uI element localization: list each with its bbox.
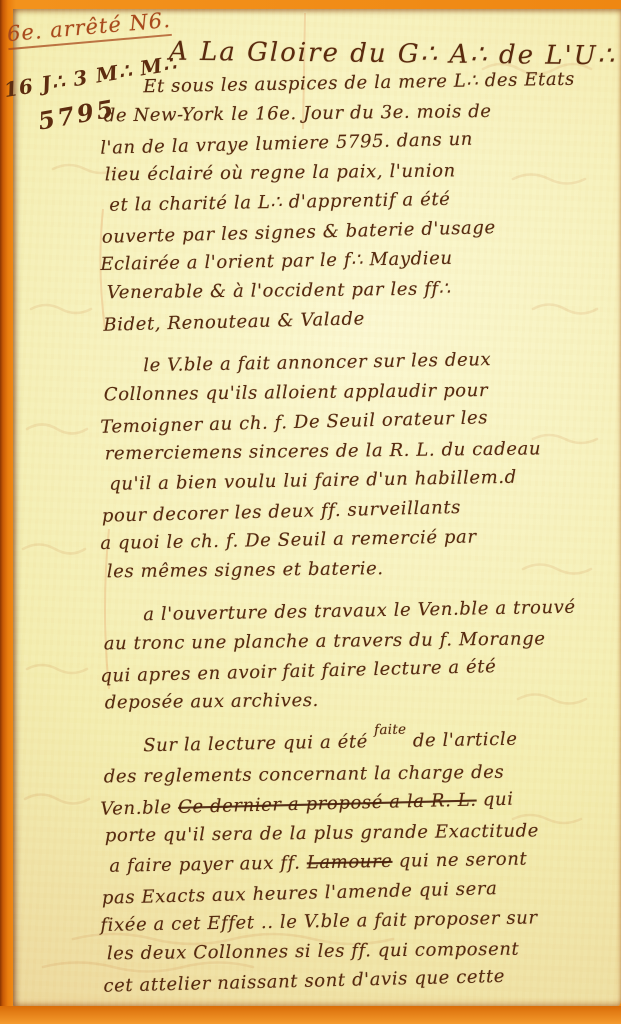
manuscript-line-with-insertion: Sur la lecture qui a été faite de l'arti… [143, 722, 613, 762]
manuscript-line: porte qu'il sera de la plus grande Exact… [105, 815, 615, 850]
line-segment: de l'article [406, 728, 517, 751]
paragraph-reglement: Sur la lecture qui a été faite de l'arti… [97, 722, 618, 998]
manuscript-line: lieu éclairé où regne la paix, l'union [105, 154, 615, 189]
line-segment: Ven.ble [100, 796, 178, 819]
line-segment: Sur la lecture qui a été [143, 731, 374, 756]
line-segment: qui [476, 788, 514, 810]
crossed-out-text: Ce dernier a proposé a la R. L. [178, 789, 477, 817]
manuscript-page: 6e. arrêté N6. 16 J∴ 3 M∴ M∴ 5795 A La G… [13, 9, 621, 1007]
photograph-background: 6e. arrêté N6. 16 J∴ 3 M∴ M∴ 5795 A La G… [0, 0, 621, 1024]
manuscript-line: remerciemens sinceres de la R. L. du cad… [105, 433, 615, 468]
line-segment: a faire payer aux ff. [109, 852, 307, 876]
line-segment: qui ne seront [392, 848, 527, 871]
inserted-word-above-line: faite [374, 715, 407, 745]
manuscript-text: A La Gloire du G∴ A∴ de L'U∴ Et sous les… [13, 9, 621, 1007]
paragraph-opening: Et sous les auspices de la mere L∴ des E… [97, 64, 618, 338]
paragraph-thanks: le V.ble a fait annoncer sur les deux Co… [97, 342, 617, 587]
manuscript-line: deposée aux archives. [105, 682, 615, 717]
paragraph-planche: a l'ouverture des travaux le Ven.ble a t… [97, 591, 615, 718]
crossed-out-text: Lamoure [307, 850, 393, 872]
manuscript-line: les mêmes signes et baterie. [107, 551, 617, 586]
